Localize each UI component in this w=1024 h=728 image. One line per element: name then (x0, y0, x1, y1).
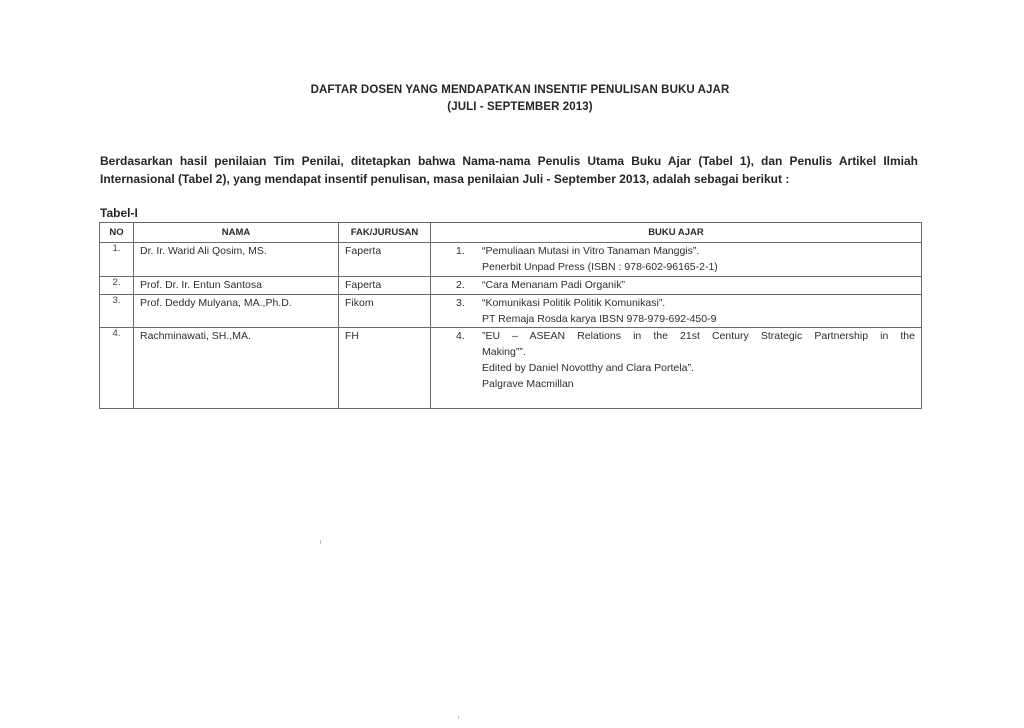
book-publication-info: Palgrave Macmillan (482, 376, 915, 392)
scan-speck (458, 716, 459, 719)
cell-nama: Dr. Ir. Warid Ali Qosim, MS. (134, 243, 339, 277)
book-details: ”EU – ASEAN Relations in the 21st Centur… (482, 328, 915, 392)
cell-no: 3. (100, 295, 134, 328)
book-publication-info: Penerbit Unpad Press (ISBN : 978-602-961… (482, 259, 915, 275)
book-title: ”EU – ASEAN Relations in the 21st Centur… (482, 328, 915, 344)
book-entry: 2.“Cara Menanam Padi Organik” (437, 277, 915, 293)
book-publication-info: PT Remaja Rosda karya IBSN 978-979-692-4… (482, 311, 915, 327)
header-buku-ajar: BUKU AJAR (431, 223, 922, 243)
document-subtitle-period: (JULI - SEPTEMBER 2013) (8, 101, 1024, 113)
book-entry: 1.“Pemuliaan Mutasi in Vitro Tanaman Man… (437, 243, 915, 275)
scan-speck (320, 540, 321, 544)
book-details: “Cara Menanam Padi Organik” (482, 277, 915, 293)
book-number: 1. (437, 243, 482, 275)
table-row: 2.Prof. Dr. Ir. Entun SantosaFaperta2.“C… (100, 277, 922, 295)
cell-no: 2. (100, 277, 134, 295)
cell-nama: Rachminawati, SH.,MA. (134, 328, 339, 409)
book-entry: 4.”EU – ASEAN Relations in the 21st Cent… (437, 328, 915, 392)
book-number: 3. (437, 295, 482, 327)
cell-fak-jurusan: FH (339, 328, 431, 409)
table-row: 3.Prof. Deddy Mulyana, MA.,Ph.D.Fikom3.“… (100, 295, 922, 328)
cell-buku-ajar: 3.“Komunikasi Politik Politik Komunikasi… (431, 295, 922, 328)
cell-no: 1. (100, 243, 134, 277)
table-caption: Tabel-I (100, 206, 138, 220)
cell-fak-jurusan: Faperta (339, 277, 431, 295)
book-title: “Pemuliaan Mutasi in Vitro Tanaman Mangg… (482, 243, 915, 259)
table-header-row: NO NAMA FAK/JURUSAN BUKU AJAR (100, 223, 922, 243)
table-row: 4.Rachminawati, SH.,MA.FH4.”EU – ASEAN R… (100, 328, 922, 409)
header-fak-jurusan: FAK/JURUSAN (339, 223, 431, 243)
cell-buku-ajar: 1.“Pemuliaan Mutasi in Vitro Tanaman Man… (431, 243, 922, 277)
cell-nama: Prof. Deddy Mulyana, MA.,Ph.D. (134, 295, 339, 328)
cell-nama: Prof. Dr. Ir. Entun Santosa (134, 277, 339, 295)
book-title: “Komunikasi Politik Politik Komunikasi”. (482, 295, 915, 311)
cell-no: 4. (100, 328, 134, 409)
book-publication-info: Edited by Daniel Novotthy and Clara Port… (482, 360, 915, 376)
table-row: 1.Dr. Ir. Warid Ali Qosim, MS.Faperta1.“… (100, 243, 922, 277)
book-details: “Komunikasi Politik Politik Komunikasi”.… (482, 295, 915, 327)
book-title: “Cara Menanam Padi Organik” (482, 277, 915, 293)
header-nama: NAMA (134, 223, 339, 243)
book-entry: 3.“Komunikasi Politik Politik Komunikasi… (437, 295, 915, 327)
intro-paragraph: Berdasarkan hasil penilaian Tim Penilai,… (100, 152, 918, 188)
book-number: 4. (437, 328, 482, 392)
header-no: NO (100, 223, 134, 243)
book-details: “Pemuliaan Mutasi in Vitro Tanaman Mangg… (482, 243, 915, 275)
book-number: 2. (437, 277, 482, 293)
book-publication-info: Making””. (482, 344, 915, 360)
cell-buku-ajar: 4.”EU – ASEAN Relations in the 21st Cent… (431, 328, 922, 409)
cell-fak-jurusan: Fikom (339, 295, 431, 328)
cell-buku-ajar: 2.“Cara Menanam Padi Organik” (431, 277, 922, 295)
lecturer-table: NO NAMA FAK/JURUSAN BUKU AJAR 1.Dr. Ir. … (99, 222, 922, 409)
document-title: DAFTAR DOSEN YANG MENDAPATKAN INSENTIF P… (8, 84, 1024, 96)
cell-fak-jurusan: Faperta (339, 243, 431, 277)
